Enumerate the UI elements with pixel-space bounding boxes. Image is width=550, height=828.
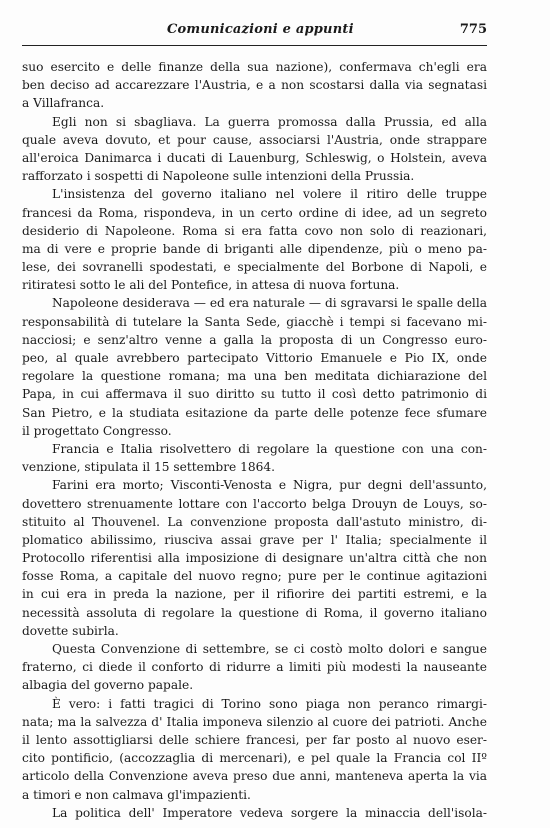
text-line: a timori e non calmava gl'impazienti. bbox=[22, 786, 487, 804]
text-line: venzione, stipulata il 15 settembre 1864… bbox=[22, 458, 487, 476]
text-line: nacciosi; e senz'altro venne a galla la … bbox=[22, 331, 487, 349]
text-line: ma di vere e proprie bande di briganti a… bbox=[22, 240, 487, 258]
text-line: È vero: i fatti tragici di Torino sono p… bbox=[22, 695, 487, 713]
text-line: fosse Roma, a capitale del nuovo regno; … bbox=[22, 567, 487, 585]
text-line: Papa, in cui affermava il suo diritto su… bbox=[22, 385, 487, 403]
text-line: cito pontificio, (accozzaglia di mercena… bbox=[22, 749, 487, 767]
text-line: francesi da Roma, rispondeva, in un cert… bbox=[22, 204, 487, 222]
running-title: Comunicazioni e appunti bbox=[167, 22, 354, 37]
text-line: dovette subirla. bbox=[22, 622, 487, 640]
scanned-book-page: Comunicazioni e appunti 775 suo esercito… bbox=[0, 0, 550, 828]
text-line: La politica dell' Imperatore vedeva sorg… bbox=[22, 804, 487, 822]
page-number: 775 bbox=[460, 22, 487, 37]
running-head: Comunicazioni e appunti 775 bbox=[22, 22, 487, 42]
text-line: nata; ma la salvezza d' Italia imponeva … bbox=[22, 713, 487, 731]
text-line: necessità assoluta di regolare la questi… bbox=[22, 604, 487, 622]
text-line: Questa Convenzione di settembre, se ci c… bbox=[22, 640, 487, 658]
text-line: responsabilità di tutelare la Santa Sede… bbox=[22, 313, 487, 331]
text-line: dovettero strenuamente lottare con l'acc… bbox=[22, 495, 487, 513]
text-line: lese, dei sovranelli spodestati, e speci… bbox=[22, 258, 487, 276]
text-line: Protocollo riferentisi alla imposizione … bbox=[22, 549, 487, 567]
text-line: rafforzato i sospetti di Napoleone sulle… bbox=[22, 167, 487, 185]
text-line: articolo della Convenzione aveva preso d… bbox=[22, 767, 487, 785]
text-line: in cui era in preda la nazione, per il r… bbox=[22, 585, 487, 603]
text-line: il lento assottigliarsi delle schiere fr… bbox=[22, 731, 487, 749]
text-line: fraterno, ci diede il conforto di ridurr… bbox=[22, 658, 487, 676]
text-line: il progettato Congresso. bbox=[22, 422, 487, 440]
text-line: San Pietro, e la studiata esitazione da … bbox=[22, 404, 487, 422]
text-line: ritiratesi sotto le ali del Pontefice, i… bbox=[22, 276, 487, 294]
text-line: all'eroica Danimarca i ducati di Lauenbu… bbox=[22, 149, 487, 167]
text-line: stituito al Thouvenel. La convenzione pr… bbox=[22, 513, 487, 531]
text-line: Napoleone desiderava — ed era naturale —… bbox=[22, 294, 487, 312]
text-line: desiderio di Napoleone. Roma si era fatt… bbox=[22, 222, 487, 240]
text-line: ben deciso ad accarezzare l'Austria, e a… bbox=[22, 76, 487, 94]
text-line: regolare la questione romana; ma una ben… bbox=[22, 367, 487, 385]
body-text: suo esercito e delle finanze della sua n… bbox=[22, 58, 487, 822]
header-rule bbox=[22, 45, 487, 46]
text-line: suo esercito e delle finanze della sua n… bbox=[22, 58, 487, 76]
text-line: peo, al quale avrebbero partecipato Vitt… bbox=[22, 349, 487, 367]
text-line: Farini era morto; Visconti-Venosta e Nig… bbox=[22, 476, 487, 494]
text-line: Francia e Italia risolvettero di regolar… bbox=[22, 440, 487, 458]
text-line: albagia del governo papale. bbox=[22, 676, 487, 694]
text-line: a Villafranca. bbox=[22, 94, 487, 112]
text-line: quale aveva dovuto, et pour cause, assoc… bbox=[22, 131, 487, 149]
text-line: Egli non si sbagliava. La guerra promoss… bbox=[22, 113, 487, 131]
text-line: L'insistenza del governo italiano nel vo… bbox=[22, 185, 487, 203]
text-line: plomatico abilissimo, riusciva assai gra… bbox=[22, 531, 487, 549]
